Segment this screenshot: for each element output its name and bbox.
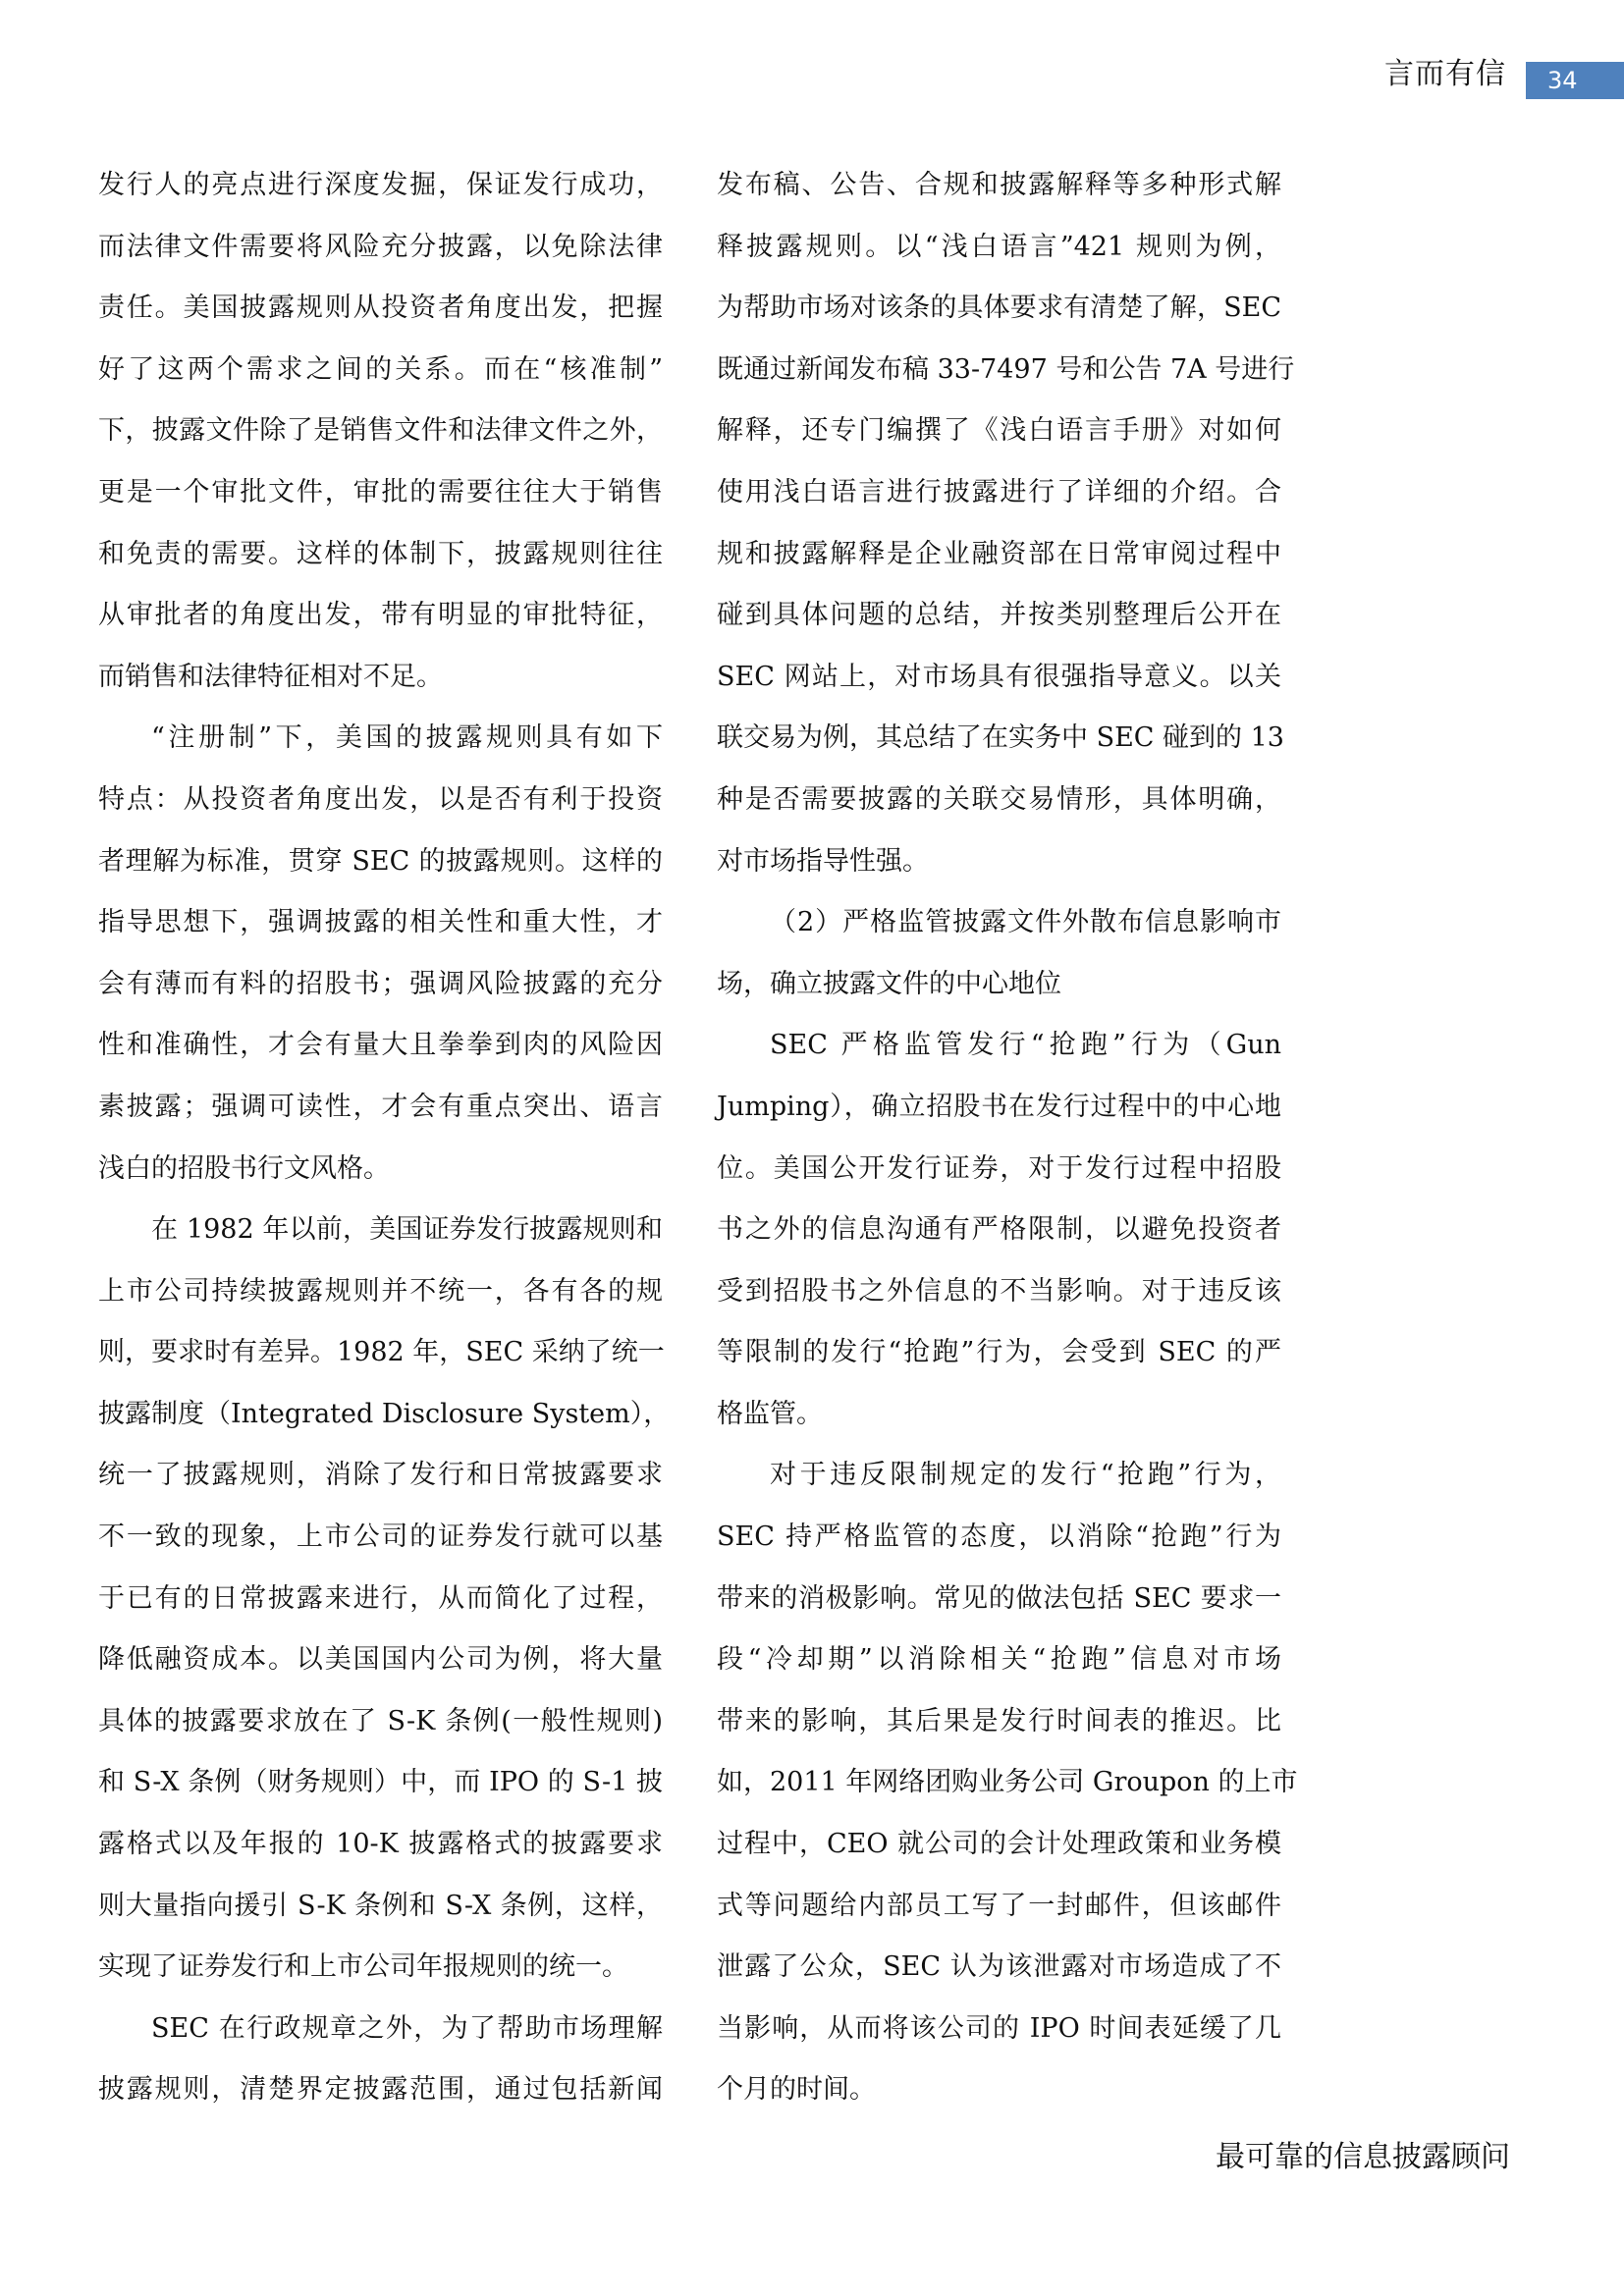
text-line: “注册制”下，美国的披露规则具有如下 <box>98 708 663 770</box>
text-line: 对于违反限制规定的发行“抢跑”行为， <box>717 1445 1281 1507</box>
text-line: 当影响，从而将该公司的 IPO 时间表延缓了几 <box>717 1999 1281 2060</box>
text-line: 联交易为例，其总结了在实务中 SEC 碰到的 13 <box>717 708 1281 770</box>
page-number-badge: 34 <box>1526 62 1624 99</box>
paragraph: 发行人的亮点进行深度发掘，保证发行成功，而法律文件需要将风险充分披露，以免除法律… <box>98 155 663 708</box>
text-line: 发布稿、公告、合规和披露解释等多种形式解 <box>717 155 1281 217</box>
right-column: 发布稿、公告、合规和披露解释等多种形式解释披露规则。以“浅白语言”421 规则为… <box>717 155 1281 2121</box>
text-line: 为帮助市场对该条的具体要求有清楚了解，SEC <box>717 278 1281 340</box>
text-line: 者理解为标准，贯穿 SEC 的披露规则。这样的 <box>98 831 663 893</box>
text-line: 在 1982 年以前，美国证券发行披露规则和 <box>98 1200 663 1261</box>
text-line: SEC 网站上，对市场具有很强指导意义。以关 <box>717 647 1281 709</box>
paragraph: SEC 严格监管发行“抢跑”行为（GunJumping），确立招股书在发行过程中… <box>717 1015 1281 1445</box>
text-line: （2）严格监管披露文件外散布信息影响市 <box>717 892 1281 954</box>
paragraph: 在 1982 年以前，美国证券发行披露规则和上市公司持续披露规则并不统一，各有各… <box>98 1200 663 1999</box>
text-line: 则大量指向援引 S-K 条例和 S-X 条例，这样， <box>98 1876 663 1938</box>
text-line: 带来的影响，其后果是发行时间表的推迟。比 <box>717 1691 1281 1753</box>
text-line: 露格式以及年报的 10-K 披露格式的披露要求 <box>98 1814 663 1876</box>
text-line: 和免责的需要。这样的体制下，披露规则往往 <box>98 524 663 586</box>
text-line: 会有薄而有料的招股书；强调风险披露的充分 <box>98 954 663 1016</box>
text-line: 指导思想下，强调披露的相关性和重大性，才 <box>98 892 663 954</box>
header-title: 言而有信 <box>1384 57 1506 92</box>
text-line: 规和披露解释是企业融资部在日常审阅过程中 <box>717 524 1281 586</box>
text-line: 特点：从投资者角度出发，以是否有利于投资 <box>98 770 663 831</box>
text-line: 发行人的亮点进行深度发掘，保证发行成功， <box>98 155 663 217</box>
text-line: 解释，还专门编撰了《浅白语言手册》对如何 <box>717 400 1281 462</box>
text-line: 披露制度（Integrated Disclosure System）， <box>98 1384 663 1446</box>
left-column: 发行人的亮点进行深度发掘，保证发行成功，而法律文件需要将风险充分披露，以免除法律… <box>98 155 663 2121</box>
text-line: 和 S-X 条例（财务规则）中，而 IPO 的 S-1 披 <box>98 1752 663 1814</box>
text-line: 对市场指导性强。 <box>717 831 1281 893</box>
text-line: 位。美国公开发行证券，对于发行过程中招股 <box>717 1139 1281 1201</box>
text-line: 下，披露文件除了是销售文件和法律文件之外， <box>98 400 663 462</box>
text-line: 于已有的日常披露来进行，从而简化了过程， <box>98 1569 663 1630</box>
paragraph: 发布稿、公告、合规和披露解释等多种形式解释披露规则。以“浅白语言”421 规则为… <box>717 155 1281 892</box>
text-line: 上市公司持续披露规则并不统一，各有各的规 <box>98 1261 663 1323</box>
text-line: 碰到具体问题的总结，并按类别整理后公开在 <box>717 585 1281 647</box>
paragraph: 对于违反限制规定的发行“抢跑”行为，SEC 持严格监管的态度，以消除“抢跑”行为… <box>717 1445 1281 2121</box>
text-line: 而销售和法律特征相对不足。 <box>98 647 663 709</box>
text-line: 则，要求时有差异。1982 年，SEC 采纳了统一 <box>98 1322 663 1384</box>
text-line: SEC 在行政规章之外，为了帮助市场理解 <box>98 1999 663 2060</box>
text-line: 浅白的招股书行文风格。 <box>98 1139 663 1201</box>
text-line: 而法律文件需要将风险充分披露，以免除法律 <box>98 217 663 279</box>
text-line: 个月的时间。 <box>717 2059 1281 2121</box>
text-line: 使用浅白语言进行披露进行了详细的介绍。合 <box>717 462 1281 524</box>
text-line: 更是一个审批文件，审批的需要往往大于销售 <box>98 462 663 524</box>
text-line: 式等问题给内部员工写了一封邮件，但该邮件 <box>717 1876 1281 1938</box>
text-line: 场，确立披露文件的中心地位 <box>717 954 1281 1016</box>
text-line: 书之外的信息沟通有严格限制，以避免投资者 <box>717 1200 1281 1261</box>
text-line: 性和准确性，才会有量大且拳拳到肉的风险因 <box>98 1015 663 1077</box>
footer-slogan: 最可靠的信息披露顾问 <box>1216 2140 1510 2175</box>
text-line: 种是否需要披露的关联交易情形，具体明确， <box>717 770 1281 831</box>
text-line: Jumping），确立招股书在发行过程中的中心地 <box>717 1077 1281 1139</box>
text-line: 等限制的发行“抢跑”行为，会受到 SEC 的严 <box>717 1322 1281 1384</box>
text-line: 从审批者的角度出发，带有明显的审批特征， <box>98 585 663 647</box>
text-line: 披露规则，清楚界定披露范围，通过包括新闻 <box>98 2059 663 2121</box>
text-line: 泄露了公众，SEC 认为该泄露对市场造成了不 <box>717 1937 1281 1999</box>
text-line: 格监管。 <box>717 1384 1281 1446</box>
text-line: 具体的披露要求放在了 S-K 条例(一般性规则) <box>98 1691 663 1753</box>
paragraph: “注册制”下，美国的披露规则具有如下特点：从投资者角度出发，以是否有利于投资者理… <box>98 708 663 1200</box>
paragraph: （2）严格监管披露文件外散布信息影响市场，确立披露文件的中心地位 <box>717 892 1281 1015</box>
text-line: 好了这两个需求之间的关系。而在“核准制” <box>98 340 663 401</box>
text-line: 降低融资成本。以美国国内公司为例，将大量 <box>98 1629 663 1691</box>
text-line: 素披露；强调可读性，才会有重点突出、语言 <box>98 1077 663 1139</box>
text-line: SEC 严格监管发行“抢跑”行为（Gun <box>717 1015 1281 1077</box>
text-line: 实现了证券发行和上市公司年报规则的统一。 <box>98 1937 663 1999</box>
paragraph: SEC 在行政规章之外，为了帮助市场理解披露规则，清楚界定披露范围，通过包括新闻 <box>98 1999 663 2121</box>
text-line: SEC 持严格监管的态度，以消除“抢跑”行为 <box>717 1507 1281 1569</box>
text-line: 段“冷却期”以消除相关“抢跑”信息对市场 <box>717 1629 1281 1691</box>
text-line: 带来的消极影响。常见的做法包括 SEC 要求一 <box>717 1569 1281 1630</box>
text-line: 既通过新闻发布稿 33-7497 号和公告 7A 号进行 <box>717 340 1281 401</box>
text-line: 受到招股书之外信息的不当影响。对于违反该 <box>717 1261 1281 1323</box>
text-line: 不一致的现象，上市公司的证券发行就可以基 <box>98 1507 663 1569</box>
text-line: 责任。美国披露规则从投资者角度出发，把握 <box>98 278 663 340</box>
text-line: 如，2011 年网络团购业务公司 Groupon 的上市 <box>717 1752 1281 1814</box>
text-line: 统一了披露规则，消除了发行和日常披露要求 <box>98 1445 663 1507</box>
text-line: 释披露规则。以“浅白语言”421 规则为例， <box>717 217 1281 279</box>
text-line: 过程中，CEO 就公司的会计处理政策和业务模 <box>717 1814 1281 1876</box>
